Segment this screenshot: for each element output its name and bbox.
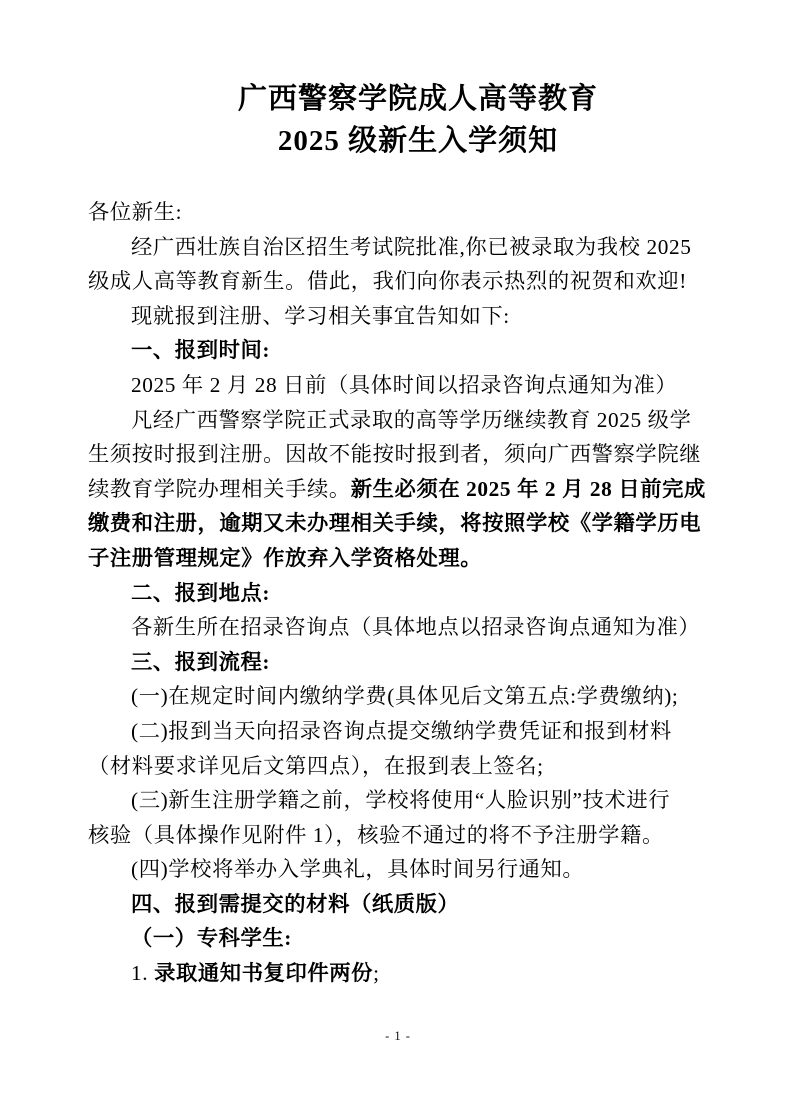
text-segment: （一）专科学生: <box>131 926 292 950</box>
text-line: (一)在规定时间内缴纳学费(具体见后文第五点:学费缴纳); <box>88 679 708 714</box>
text-segment: 核验（具体操作见附件 1），核验不通过的将不予注册学籍。 <box>88 823 664 847</box>
text-line: 核验（具体操作见附件 1），核验不通过的将不予注册学籍。 <box>88 818 708 853</box>
text-segment: (三)新生注册学籍之前，学校将使用“人脸识别”技术进行 <box>131 788 670 812</box>
text-segment: 三、报到流程: <box>131 650 270 674</box>
text-line: 各位新生: <box>88 195 708 230</box>
text-segment: (一)在规定时间内缴纳学费(具体见后文第五点:学费缴纳); <box>131 684 678 708</box>
text-line: 一、报到时间: <box>88 333 708 368</box>
text-segment: 二、报到地点: <box>131 581 270 605</box>
text-segment: 一、报到时间: <box>131 338 270 362</box>
text-segment: (四)学校将举办入学典礼，具体时间另行通知。 <box>131 857 584 881</box>
text-segment: 级成人高等教育新生。借此，我们向你表示热烈的祝贺和欢迎! <box>88 269 687 293</box>
text-line: 1. 录取通知书复印件两份; <box>88 956 708 991</box>
text-segment: 各位新生: <box>88 200 182 224</box>
text-segment: (二)报到当天向招录咨询点提交缴纳学费凭证和报到材料 <box>131 719 672 743</box>
text-segment: 四、报到需提交的材料（纸质版） <box>131 892 459 916</box>
text-segment: 续教育学院办理相关手续。 <box>88 477 351 501</box>
text-line: 缴费和注册，逾期又未办理相关手续，将按照学校《学籍学历电 <box>88 506 708 541</box>
text-segment: 2025 年 2 月 28 日前（具体时间以招录咨询点通知为准） <box>131 373 677 397</box>
text-segment: 凡经广西警察学院正式录取的高等学历继续教育 2025 级学 <box>131 408 691 432</box>
doc-title-line1: 广西警察学院成人高等教育 <box>128 78 708 120</box>
doc-title: 广西警察学院成人高等教育 2025 级新生入学须知 <box>128 78 708 162</box>
text-segment: 录取通知书复印件两份 <box>154 961 373 985</box>
text-line: （材料要求详见后文第四点），在报到表上签名; <box>88 749 708 784</box>
text-line: 经广西壮族自治区招生考试院批准,你已被录取为我校 2025 <box>88 230 708 265</box>
text-line: 凡经广西警察学院正式录取的高等学历继续教育 2025 级学 <box>88 403 708 438</box>
text-line: (二)报到当天向招录咨询点提交缴纳学费凭证和报到材料 <box>88 714 708 749</box>
text-line: 2025 年 2 月 28 日前（具体时间以招录咨询点通知为准） <box>88 368 708 403</box>
text-line: 现就报到注册、学习相关事宜告知如下: <box>88 299 708 334</box>
text-segment: 缴费和注册，逾期又未办理相关手续，将按照学校《学籍学历电 <box>88 511 701 535</box>
text-line: 四、报到需提交的材料（纸质版） <box>88 887 708 922</box>
text-line: 各新生所在招录咨询点（具体地点以招录咨询点通知为准） <box>88 610 708 645</box>
text-line: (三)新生注册学籍之前，学校将使用“人脸识别”技术进行 <box>88 783 708 818</box>
text-line: （一）专科学生: <box>88 921 708 956</box>
text-segment: 1. <box>131 961 154 985</box>
text-line: (四)学校将举办入学典礼，具体时间另行通知。 <box>88 852 708 887</box>
text-segment: 生须按时报到注册。因故不能按时报到者，须向广西警察学院继 <box>88 442 701 466</box>
text-segment: 新生必须在 2025 年 2 月 28 日前完成 <box>351 477 706 501</box>
text-segment: 子注册管理规定》作放弃入学资格处理。 <box>88 546 482 570</box>
text-segment: 现就报到注册、学习相关事宜告知如下: <box>131 304 510 328</box>
text-line: 级成人高等教育新生。借此，我们向你表示热烈的祝贺和欢迎! <box>88 264 708 299</box>
document-page: 广西警察学院成人高等教育 2025 级新生入学须知 各位新生:经广西壮族自治区招… <box>0 0 794 1108</box>
text-segment: 各新生所在招录咨询点（具体地点以招录咨询点通知为准） <box>131 615 700 639</box>
document-body: 各位新生:经广西壮族自治区招生考试院批准,你已被录取为我校 2025级成人高等教… <box>88 195 708 991</box>
text-line: 生须按时报到注册。因故不能按时报到者，须向广西警察学院继 <box>88 437 708 472</box>
text-segment: ; <box>373 961 380 985</box>
text-line: 三、报到流程: <box>88 645 708 680</box>
text-line: 续教育学院办理相关手续。新生必须在 2025 年 2 月 28 日前完成 <box>88 472 708 507</box>
text-segment: （材料要求详见后文第四点），在报到表上签名; <box>88 754 544 778</box>
text-segment: 经广西壮族自治区招生考试院批准,你已被录取为我校 2025 <box>131 235 691 259</box>
text-line: 二、报到地点: <box>88 576 708 611</box>
page-number: - 1 - <box>88 1028 708 1044</box>
text-line: 子注册管理规定》作放弃入学资格处理。 <box>88 541 708 576</box>
doc-title-line2: 2025 级新生入学须知 <box>128 120 708 162</box>
